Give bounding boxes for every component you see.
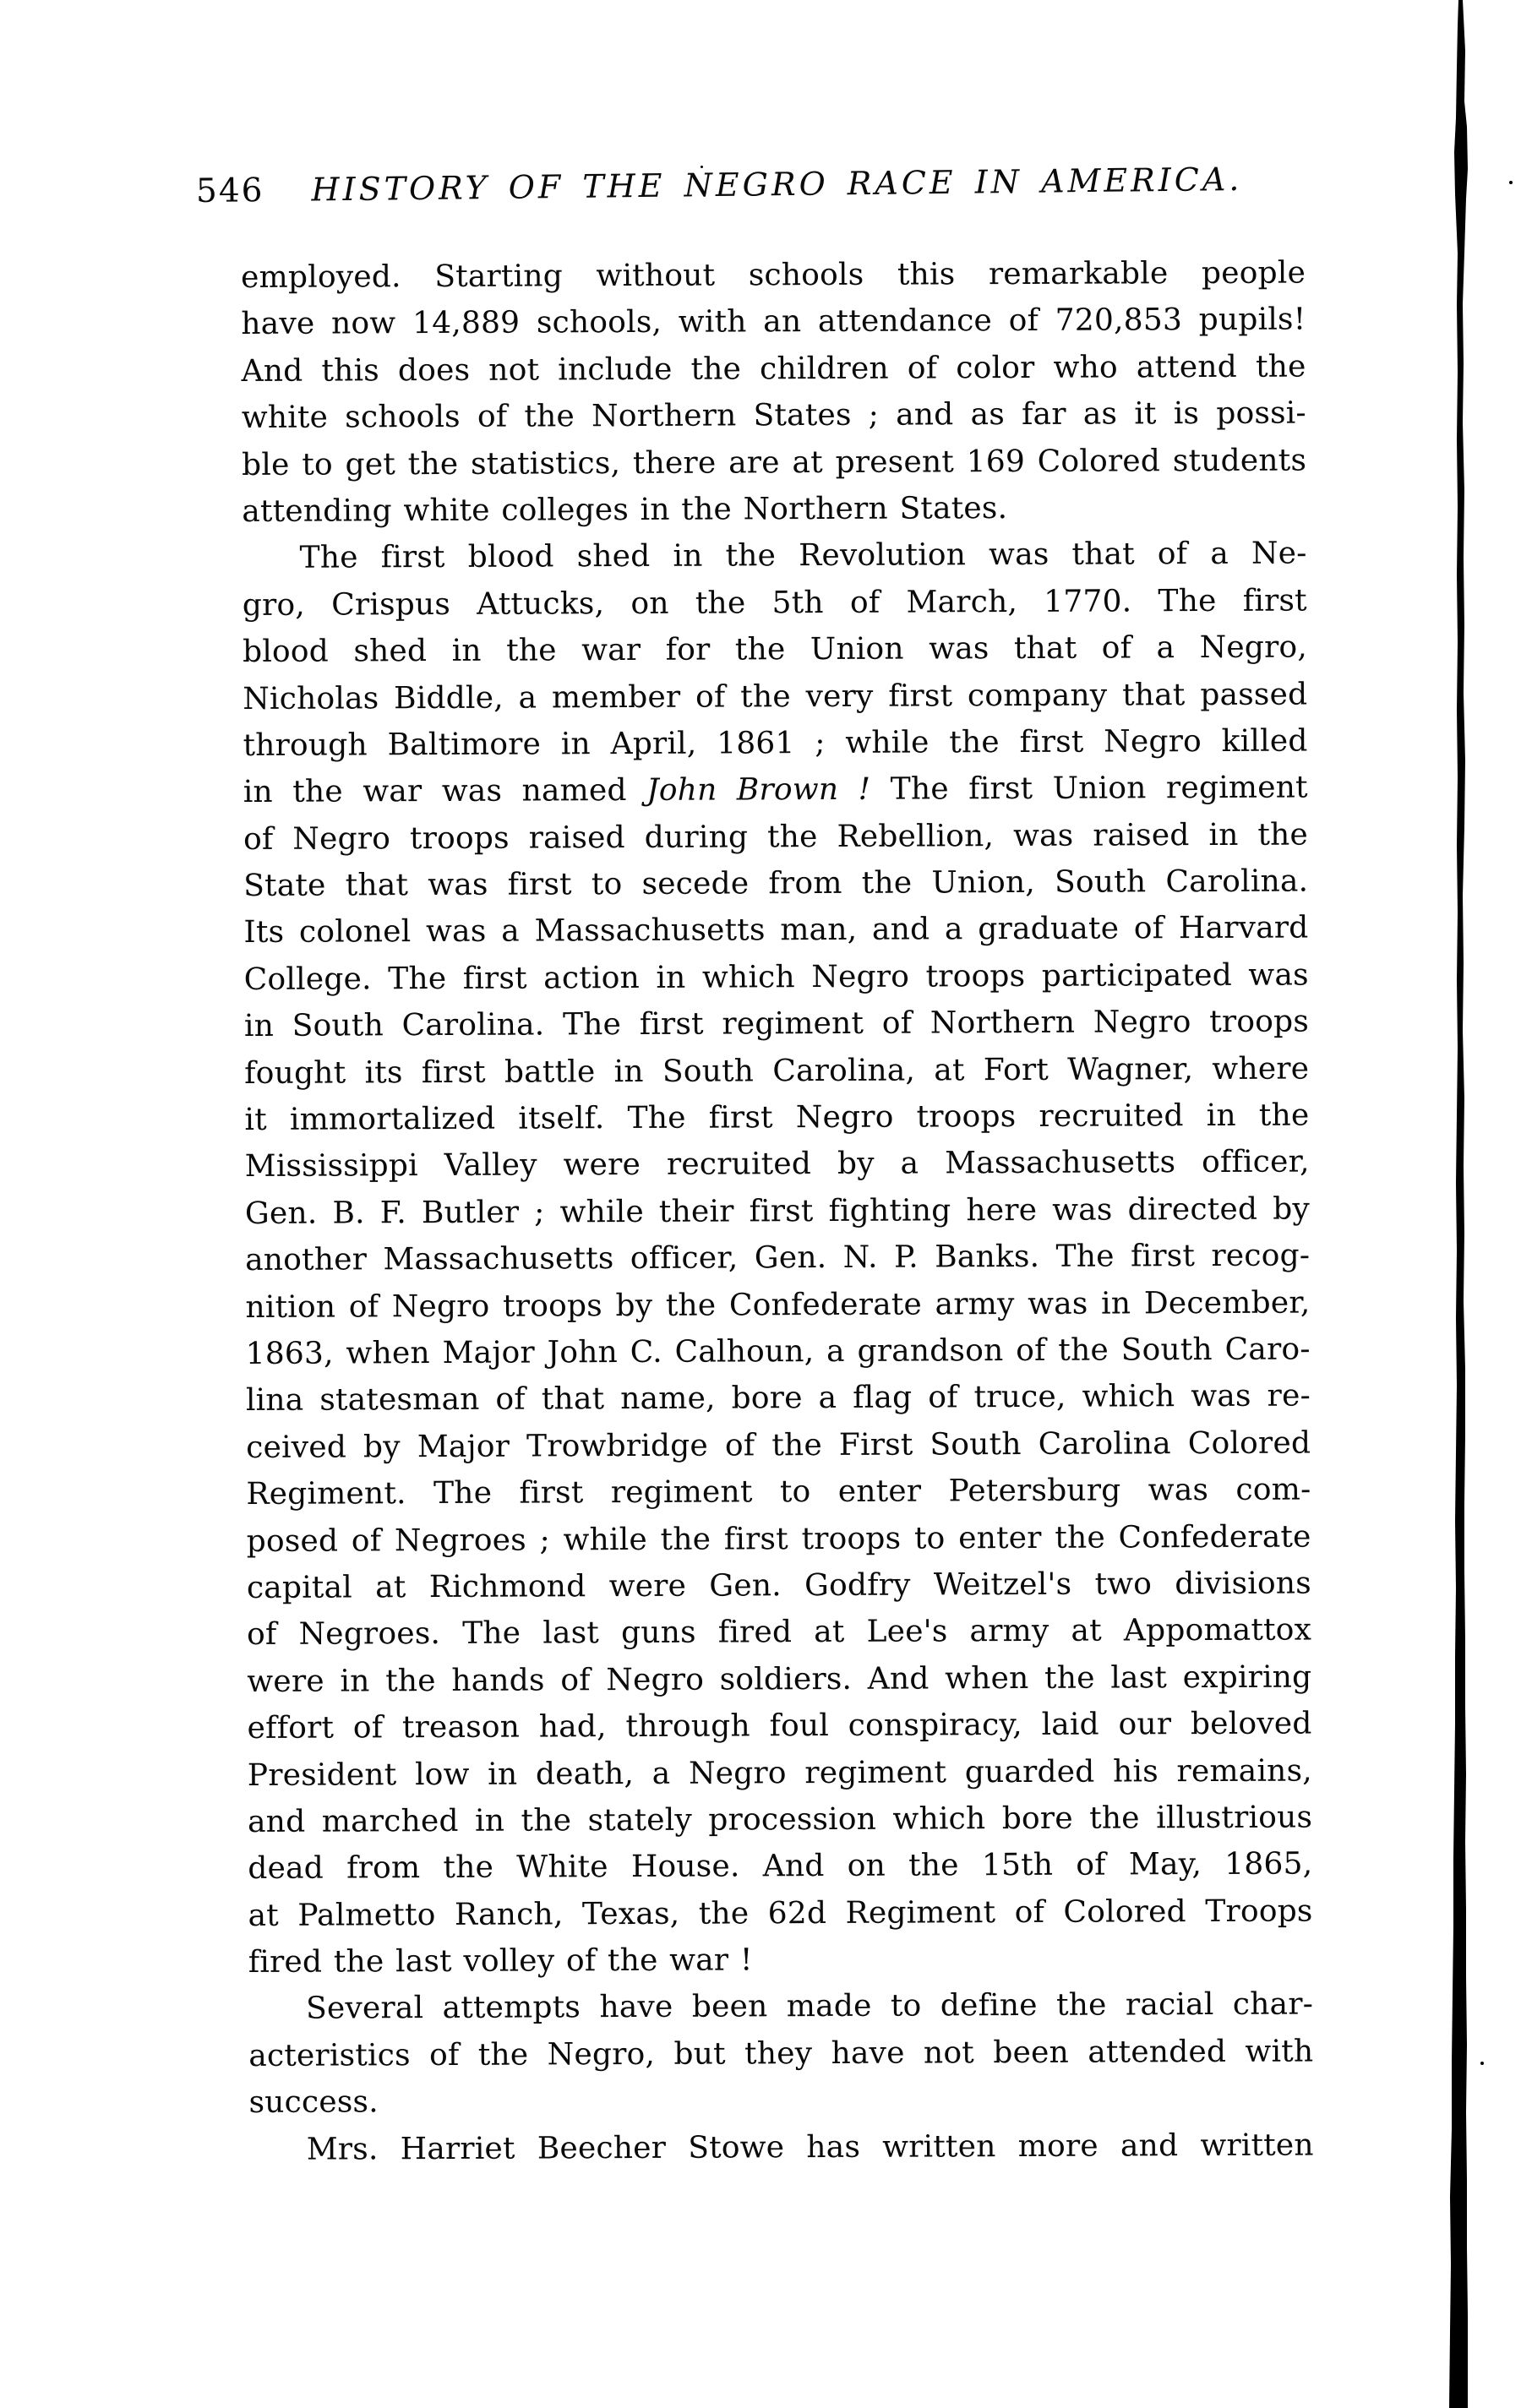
paragraph: Mrs. Harriet Beecher Stowe has written m… [249, 2122, 1314, 2173]
text-line: success. [248, 2075, 1313, 2127]
scan-speck [701, 166, 703, 168]
text-line: in South Carolina. The first regiment of… [244, 999, 1309, 1050]
text-line: Its colonel was a Massachusetts man, and… [243, 905, 1308, 956]
text-line: through Baltimore in April, 1861 ; while… [243, 717, 1307, 769]
text-line: and marched in the stately procession wh… [248, 1794, 1312, 1845]
text-line: it immortalized itself. The first Negro … [244, 1092, 1309, 1144]
text-line: And this does not include the children o… [241, 343, 1306, 395]
text-line: Mrs. Harriet Beecher Stowe has written m… [249, 2122, 1314, 2173]
text-line: blood shed in the war for the Union was … [243, 624, 1307, 676]
scan-artifact-line [1436, 0, 1496, 2408]
text-line: Nicholas Biddle, a member of the very fi… [243, 671, 1307, 722]
text-line: capital at Richmond were Gen. Godfry Wei… [247, 1560, 1311, 1611]
text-line: white schools of the Northern States ; a… [242, 390, 1306, 442]
text-line: Several attempts have been made to defin… [248, 1981, 1313, 2033]
scan-speck [1480, 2062, 1484, 2065]
text-line: of Negroes. The last guns fired at Lee's… [247, 1607, 1311, 1659]
text-line: Mississippi Valley were recruited by a M… [245, 1139, 1310, 1190]
page-number: 546 [196, 172, 264, 210]
text-line: were in the hands of Negro soldiers. And… [247, 1653, 1311, 1705]
text-line: fought its first battle in South Carolin… [244, 1045, 1309, 1097]
text-line: Regiment. The first regiment to enter Pe… [246, 1467, 1311, 1518]
text-line: at Palmetto Ranch, Texas, the 62d Regime… [248, 1888, 1312, 1939]
text-line: The first blood shed in the Revolution w… [242, 531, 1306, 582]
text-line: dead from the White House. And on the 15… [248, 1841, 1312, 1893]
page-header: 546HISTORY OF THE NEGRO RACE IN AMERICA. [196, 160, 1295, 210]
text-line: acteristics of the Negro, but they have … [248, 2028, 1313, 2079]
page-body: employed. Starting without schools this … [241, 250, 1314, 2173]
text-line: Gen. B. F. Butler ; while their first fi… [245, 1185, 1310, 1237]
text-line: nition of Negro troops by the Confederat… [245, 1279, 1310, 1331]
scan-speck [1509, 181, 1513, 184]
text-line: posed of Negroes ; while the first troop… [247, 1513, 1311, 1565]
text-line: ceived by Major Trowbridge of the First … [246, 1419, 1311, 1471]
text-line: have now 14,889 schools, with an attenda… [241, 297, 1306, 348]
text-line: another Massachusetts officer, Gen. N. P… [245, 1233, 1310, 1284]
text-line: 1863, when Major John C. Calhoun, a gran… [246, 1326, 1311, 1377]
book-page: 546HISTORY OF THE NEGRO RACE IN AMERICA.… [0, 0, 1521, 2408]
text-line: lina statesman of that name, bore a flag… [246, 1373, 1311, 1425]
text-line: College. The first action in which Negro… [244, 951, 1309, 1003]
text-line: gro, Crispus Attucks, on the 5th of Marc… [243, 577, 1307, 629]
text-line: of Negro troops raised during the Rebell… [243, 811, 1308, 863]
paragraph: employed. Starting without schools this … [241, 250, 1306, 536]
text-line: fired the last volley of the war ! [248, 1935, 1313, 1986]
paragraph: Several attempts have been made to defin… [248, 1981, 1314, 2127]
text-line: in the war was named John Brown ! The fi… [243, 765, 1308, 816]
running-header-title: HISTORY OF THE NEGRO RACE IN AMERICA. [311, 161, 1242, 208]
text-line: employed. Starting without schools this … [241, 250, 1306, 302]
paragraph: The first blood shed in the Revolution w… [242, 531, 1312, 1986]
text-line: State that was first to secede from the … [243, 858, 1308, 910]
text-line: effort of treason had, through foul cons… [247, 1701, 1311, 1752]
text-line: attending white colleges in the Northern… [242, 483, 1306, 535]
text-line: President low in death, a Negro regiment… [248, 1747, 1312, 1799]
text-line: ble to get the statistics, there are at … [242, 437, 1306, 488]
